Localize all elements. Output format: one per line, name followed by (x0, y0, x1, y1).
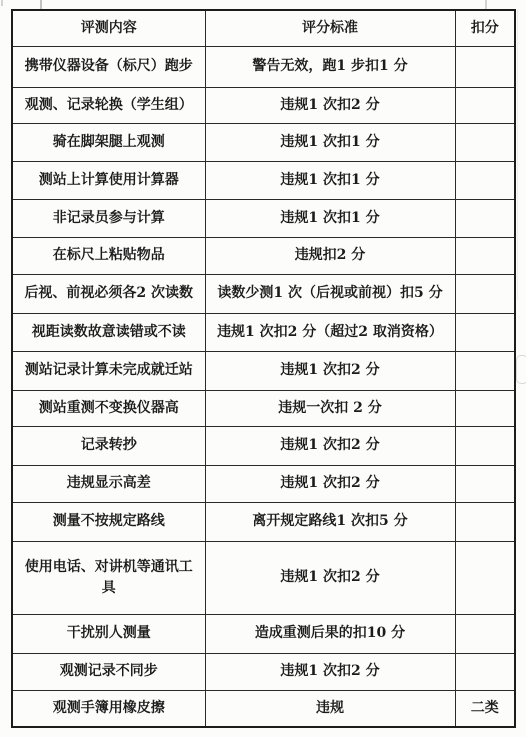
cell-scoring-standard: 读数少测1 次（后视或前视）扣5 分 (205, 274, 455, 313)
cell-deduction (455, 614, 515, 653)
table-row: 使用电话、对讲机等通讯工具违规1 次扣2 分 (12, 541, 515, 614)
cell-deduction (455, 123, 515, 161)
header-scoring-standard: 评分标准 (205, 10, 455, 46)
cell-scoring-standard: 违规1 次扣2 分 (205, 426, 455, 465)
cell-scoring-standard: 违规 (205, 690, 455, 727)
cell-deduction (455, 390, 515, 426)
cell-evaluation-content: 测站上计算使用计算器 (12, 161, 205, 199)
table-body: 携带仪器设备（标尺）跑步警告无效，跑1 步扣1 分观测、记录轮换（学生组）违规1… (12, 46, 515, 727)
cell-evaluation-content: 测站重测不变换仪器高 (12, 390, 205, 426)
cell-evaluation-content: 非记录员参与计算 (12, 199, 205, 237)
table-row: 骑在脚架腿上观测违规1 次扣1 分 (12, 123, 515, 161)
cell-deduction (455, 653, 515, 690)
table-row: 观测、记录轮换（学生组）违规1 次扣2 分 (12, 87, 515, 123)
table-row: 在标尺上粘贴物品违规扣2 分 (12, 237, 515, 274)
cell-scoring-standard: 违规1 次扣2 分 (205, 653, 455, 690)
scoring-table: 评测内容 评分标准 扣分 携带仪器设备（标尺）跑步警告无效，跑1 步扣1 分观测… (11, 9, 516, 728)
table-row: 违规显示高差违规1 次扣2 分 (12, 465, 515, 502)
scan-artifact-bracket (516, 355, 526, 384)
table-row: 测站记录计算未完成就迁站违规1 次扣2 分 (12, 351, 515, 390)
cell-scoring-standard: 违规1 次扣1 分 (205, 123, 455, 161)
cell-evaluation-content: 后视、前视必须各2 次读数 (12, 274, 205, 313)
cell-evaluation-content: 骑在脚架腿上观测 (12, 123, 205, 161)
cell-scoring-standard: 违规1 次扣2 分 (205, 351, 455, 390)
cell-deduction (455, 541, 515, 614)
cell-evaluation-content: 测站记录计算未完成就迁站 (12, 351, 205, 390)
cell-deduction (455, 351, 515, 390)
cell-scoring-standard: 离开规定路线1 次扣5 分 (205, 502, 455, 541)
cell-evaluation-content: 观测、记录轮换（学生组） (12, 87, 205, 123)
cell-deduction (455, 46, 515, 87)
cell-deduction (455, 502, 515, 541)
cell-scoring-standard: 警告无效，跑1 步扣1 分 (205, 46, 455, 87)
table-row: 携带仪器设备（标尺）跑步警告无效，跑1 步扣1 分 (12, 46, 515, 87)
scan-artifact-right-edge (517, 10, 518, 300)
cell-scoring-standard: 违规1 次扣1 分 (205, 199, 455, 237)
cell-deduction: 二类 (455, 690, 515, 727)
table-header: 评测内容 评分标准 扣分 (12, 10, 515, 46)
table-row: 记录转抄违规1 次扣2 分 (12, 426, 515, 465)
cell-evaluation-content: 观测手簿用橡皮擦 (12, 690, 205, 727)
cell-deduction (455, 237, 515, 274)
cell-evaluation-content: 在标尺上粘贴物品 (12, 237, 205, 274)
cell-scoring-standard: 违规扣2 分 (205, 237, 455, 274)
table-row: 观测记录不同步违规1 次扣2 分 (12, 653, 515, 690)
header-row: 评测内容 评分标准 扣分 (12, 10, 515, 46)
cell-evaluation-content: 使用电话、对讲机等通讯工具 (12, 541, 205, 614)
table-row: 视距读数故意读错或不读违规1 次扣2 分（超过2 取消资格） (12, 313, 515, 351)
cell-deduction (455, 426, 515, 465)
cell-evaluation-content: 视距读数故意读错或不读 (12, 313, 205, 351)
table-row: 测站重测不变换仪器高违规一次扣 2 分 (12, 390, 515, 426)
cell-deduction (455, 87, 515, 123)
header-evaluation-content: 评测内容 (12, 10, 205, 46)
cell-deduction (455, 199, 515, 237)
cell-deduction (455, 161, 515, 199)
cell-scoring-standard: 违规1 次扣2 分 (205, 465, 455, 502)
table-row: 干扰别人测量造成重测后果的扣10 分 (12, 614, 515, 653)
table-row: 非记录员参与计算违规1 次扣1 分 (12, 199, 515, 237)
header-deduction: 扣分 (455, 10, 515, 46)
cell-evaluation-content: 携带仪器设备（标尺）跑步 (12, 46, 205, 87)
cell-evaluation-content: 观测记录不同步 (12, 653, 205, 690)
cell-scoring-standard: 违规1 次扣2 分（超过2 取消资格） (205, 313, 455, 351)
cell-scoring-standard: 违规一次扣 2 分 (205, 390, 455, 426)
cell-evaluation-content: 记录转抄 (12, 426, 205, 465)
table-row: 测站上计算使用计算器违规1 次扣1 分 (12, 161, 515, 199)
cell-evaluation-content: 违规显示高差 (12, 465, 205, 502)
cell-scoring-standard: 违规1 次扣2 分 (205, 541, 455, 614)
cell-deduction (455, 274, 515, 313)
cell-deduction (455, 465, 515, 502)
table-row: 测量不按规定路线离开规定路线1 次扣5 分 (12, 502, 515, 541)
cell-scoring-standard: 造成重测后果的扣10 分 (205, 614, 455, 653)
cell-evaluation-content: 测量不按规定路线 (12, 502, 205, 541)
cell-deduction (455, 313, 515, 351)
table-row: 观测手簿用橡皮擦违规二类 (12, 690, 515, 727)
cell-scoring-standard: 违规1 次扣2 分 (205, 87, 455, 123)
scan-artifact-left-edge (1, 0, 3, 6)
table-row: 后视、前视必须各2 次读数读数少测1 次（后视或前视）扣5 分 (12, 274, 515, 313)
cell-evaluation-content: 干扰别人测量 (12, 614, 205, 653)
cell-scoring-standard: 违规1 次扣1 分 (205, 161, 455, 199)
